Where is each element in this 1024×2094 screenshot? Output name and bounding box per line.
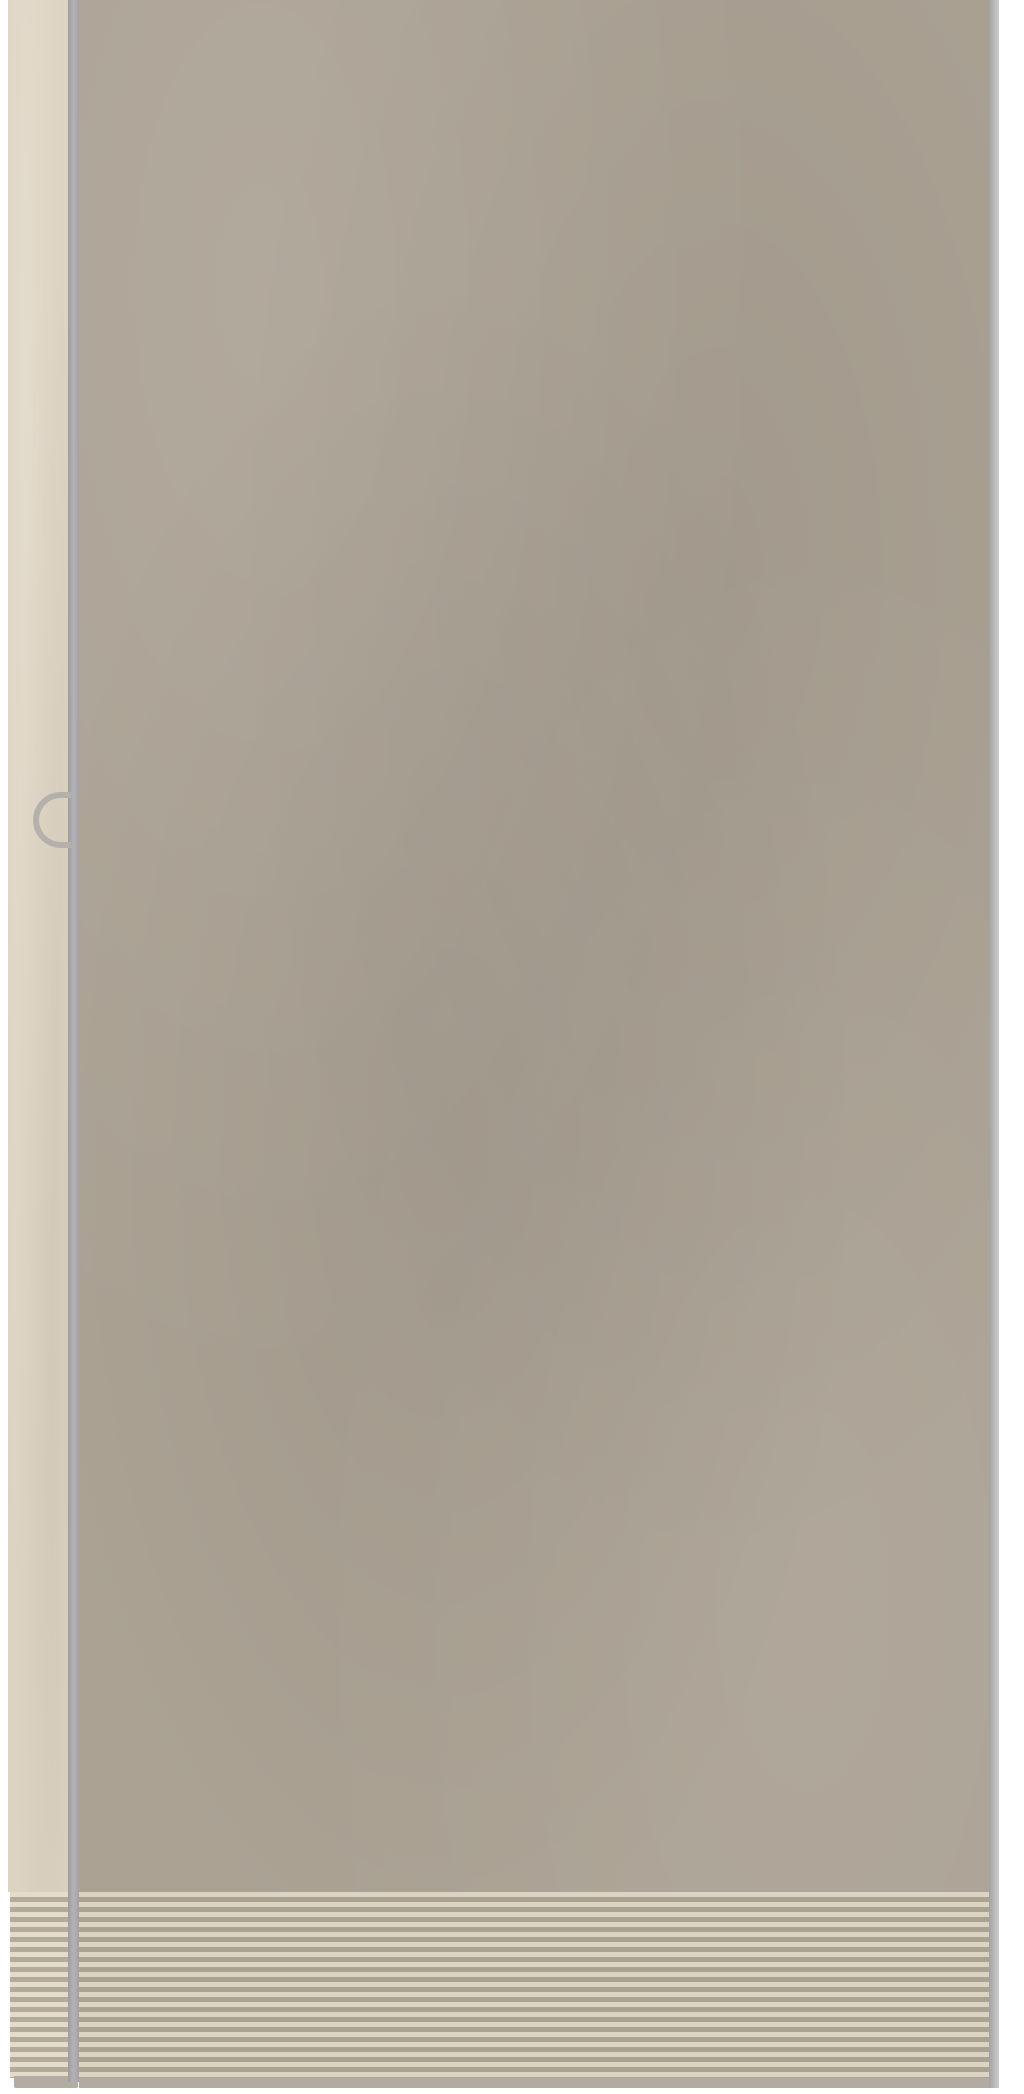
towel-piping-left — [68, 0, 79, 2082]
towel-folded-edge-stripe-border — [10, 1892, 70, 2078]
towel-piping-right — [989, 0, 999, 2088]
towel-photo — [0, 0, 1024, 2094]
towel-stripe-border — [79, 1892, 990, 2078]
towel-body — [79, 0, 990, 1892]
towel-folded-edge — [8, 0, 70, 1892]
towel-bottom-hem — [79, 2078, 992, 2088]
